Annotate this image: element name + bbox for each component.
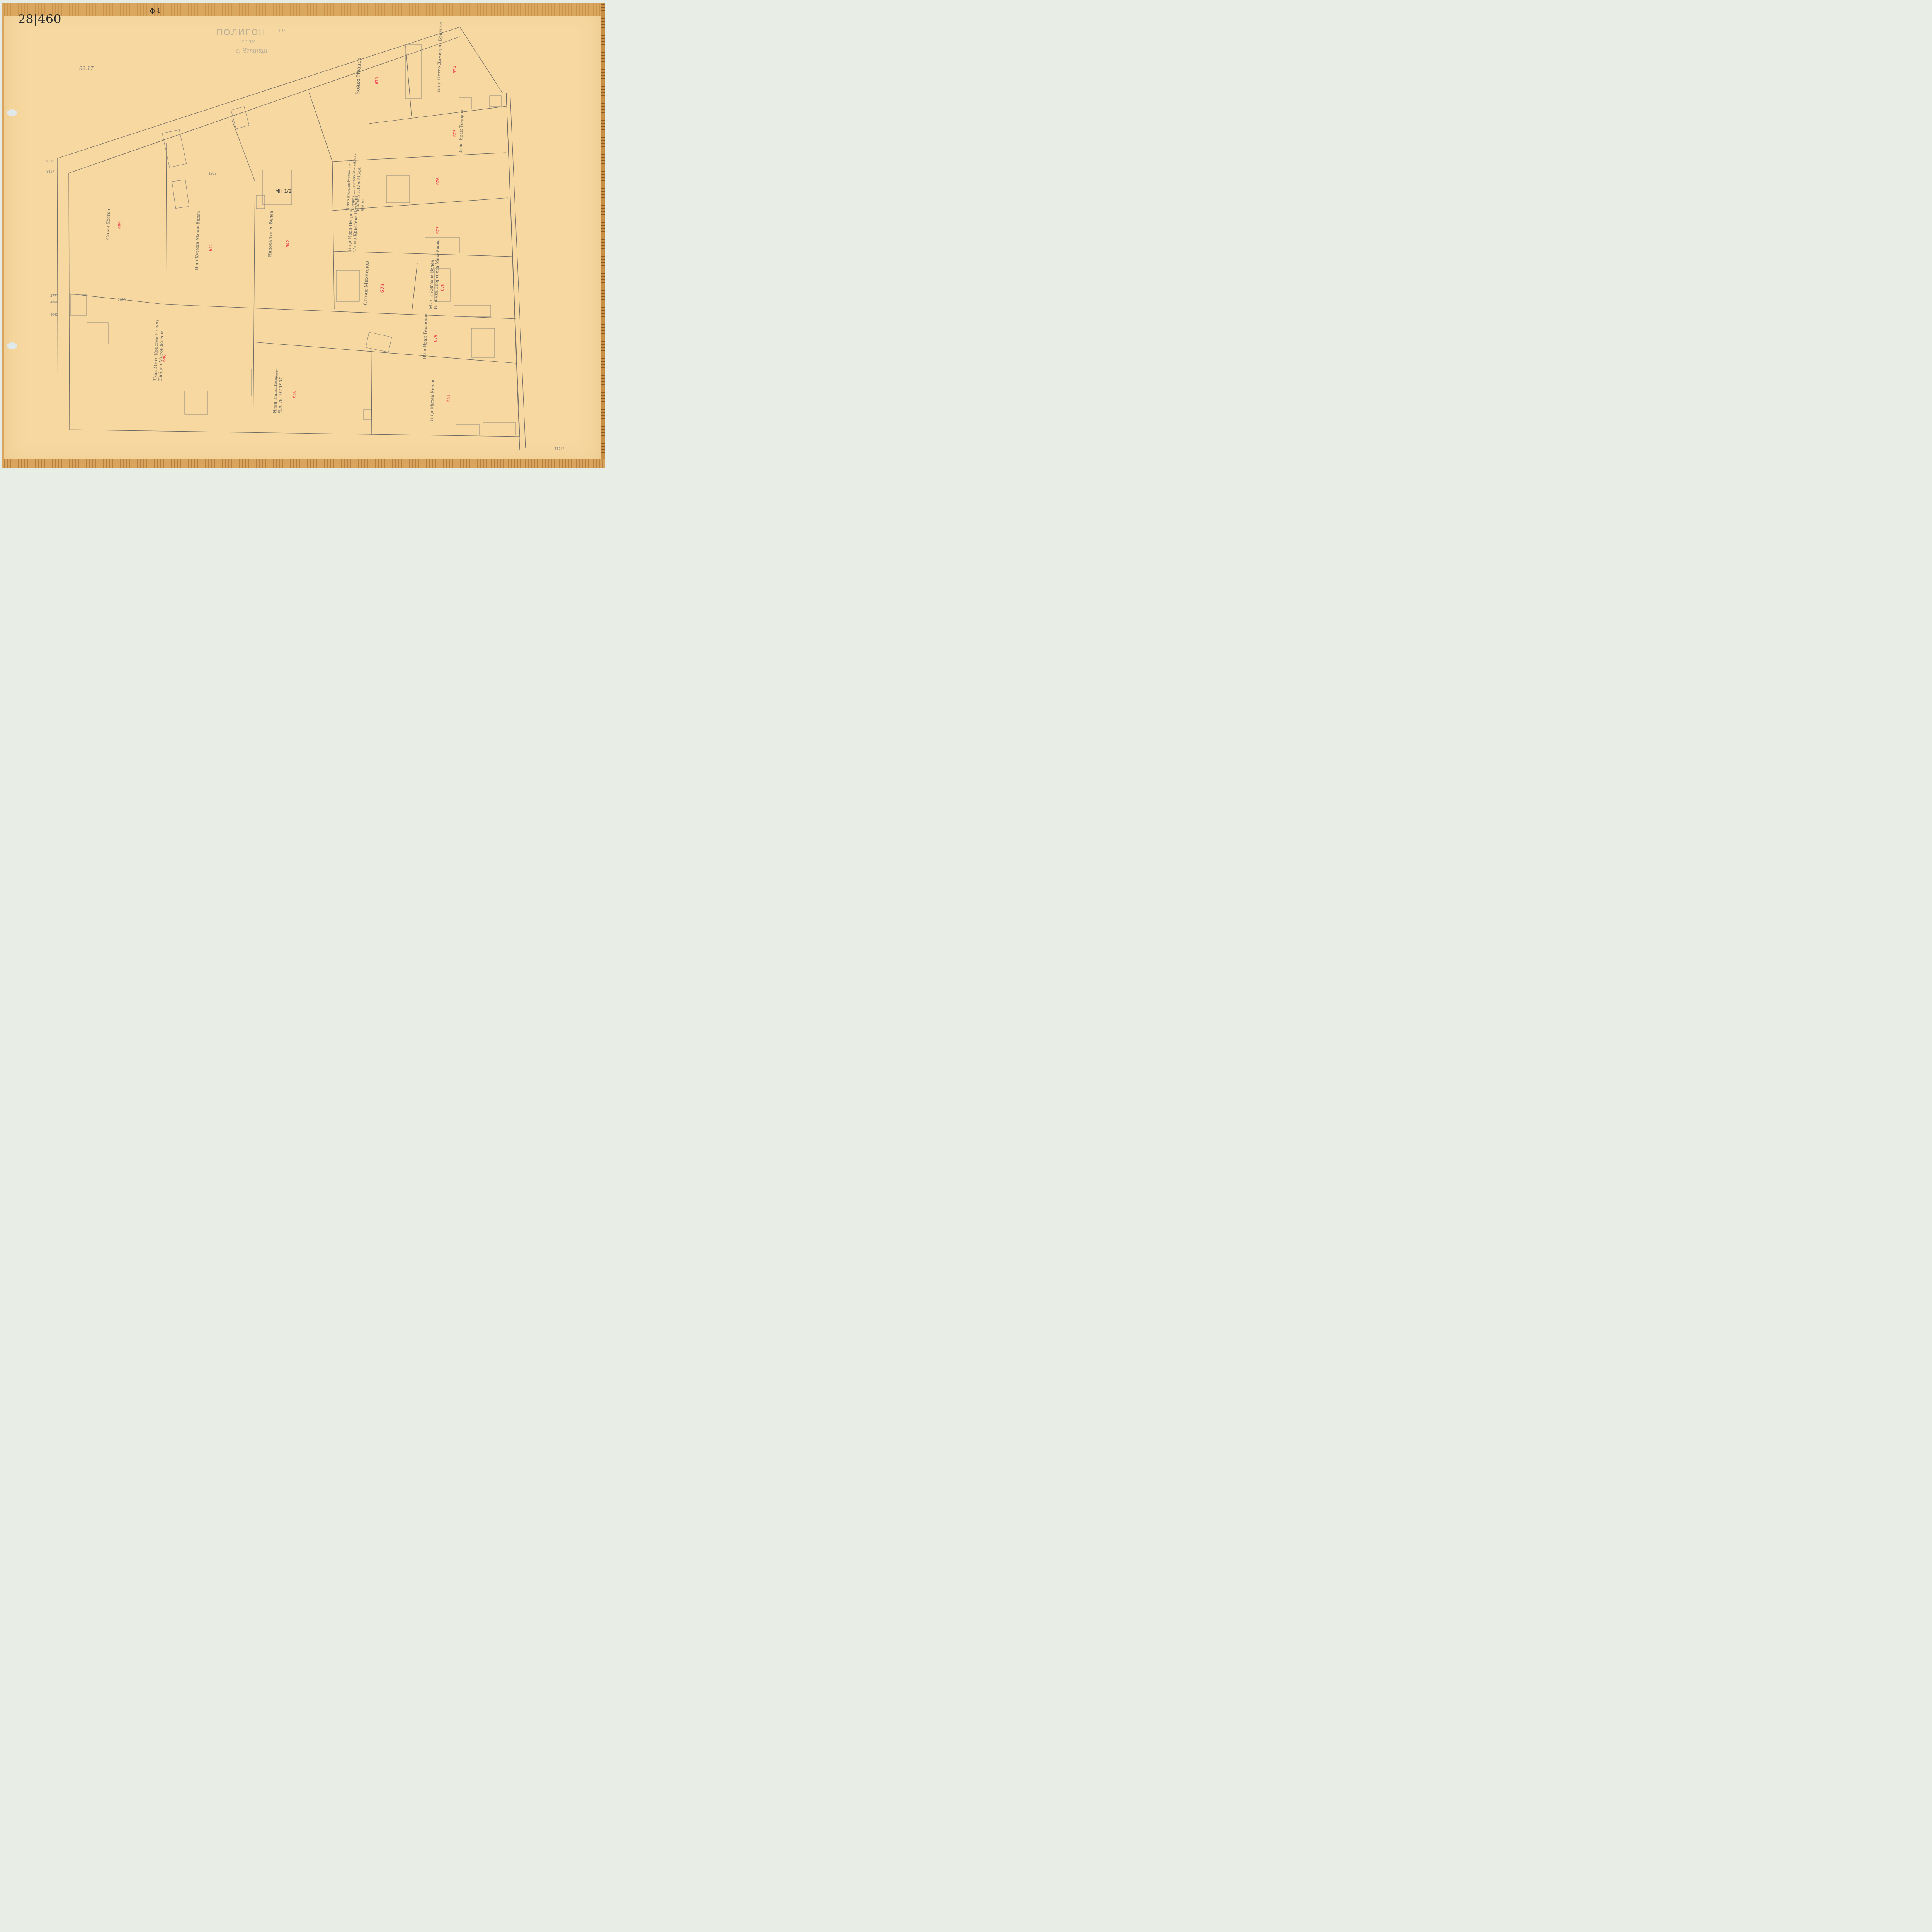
parcel-number-679b: 679	[434, 335, 438, 342]
parcel-number-675: 675	[453, 129, 457, 137]
measurement: 8817	[46, 170, 54, 173]
measurement: 4777	[50, 294, 58, 298]
owner-label-640: Н-ци Мито Кръстев Велчов Найден Митов Ве…	[153, 319, 165, 381]
parcel-number-642: 642	[286, 240, 291, 247]
owner-label-639: Стоян Костов	[105, 209, 111, 240]
owner-label-679: Стоян Михайлов	[363, 261, 370, 305]
owner-label-650: Илия Тасев Велков Н.А. № 197 1937	[272, 370, 284, 414]
measurement: 2620	[118, 298, 126, 302]
owner-label-673: Войко Иванов	[355, 58, 362, 95]
parcel-number-677: 677	[436, 226, 440, 234]
parcel-number-673: 673	[375, 77, 379, 84]
owner-name: Стоян Костов	[105, 209, 111, 240]
parcel-number-678: 678	[440, 284, 445, 291]
owner-name: Войко Иванов	[355, 58, 362, 95]
measurement: 9130	[46, 160, 54, 163]
parcel-number-674: 674	[453, 66, 457, 73]
parcel-number-676: 676	[436, 177, 440, 185]
measurement: 4699	[50, 301, 58, 304]
parcel-number-639: 639	[118, 221, 122, 229]
sheet-number: 28|460	[18, 12, 61, 26]
parcel-number-650: 650	[292, 391, 297, 398]
measurement: 1952	[209, 172, 216, 175]
parcel-number-651: 651	[446, 395, 451, 402]
measurement: 4045	[50, 313, 58, 316]
owner-name: Стоян Михайлов	[363, 261, 370, 305]
parcel-number-679: 679	[379, 284, 385, 293]
measurement: 11712	[554, 447, 564, 451]
scanned-map-sheet: 28|460 ф-1 ПОЛИГОН 19 M 1:500 с. Чепинци…	[0, 0, 606, 470]
building-label: МН 1/2	[275, 189, 292, 194]
map-scale: M 1:500	[241, 40, 256, 44]
owner-label-677: Петър Кръстев Михайлов Н-ци Иван Петров …	[347, 195, 359, 252]
village-name: с. Чепинци	[236, 48, 267, 54]
parcel-number-641: 641	[209, 244, 213, 251]
polygon-number: 19	[278, 28, 286, 33]
sheet-code: ф-1	[150, 7, 161, 14]
corner-annotation: 88.17	[79, 66, 94, 71]
map-title: ПОЛИГОН	[216, 28, 266, 37]
